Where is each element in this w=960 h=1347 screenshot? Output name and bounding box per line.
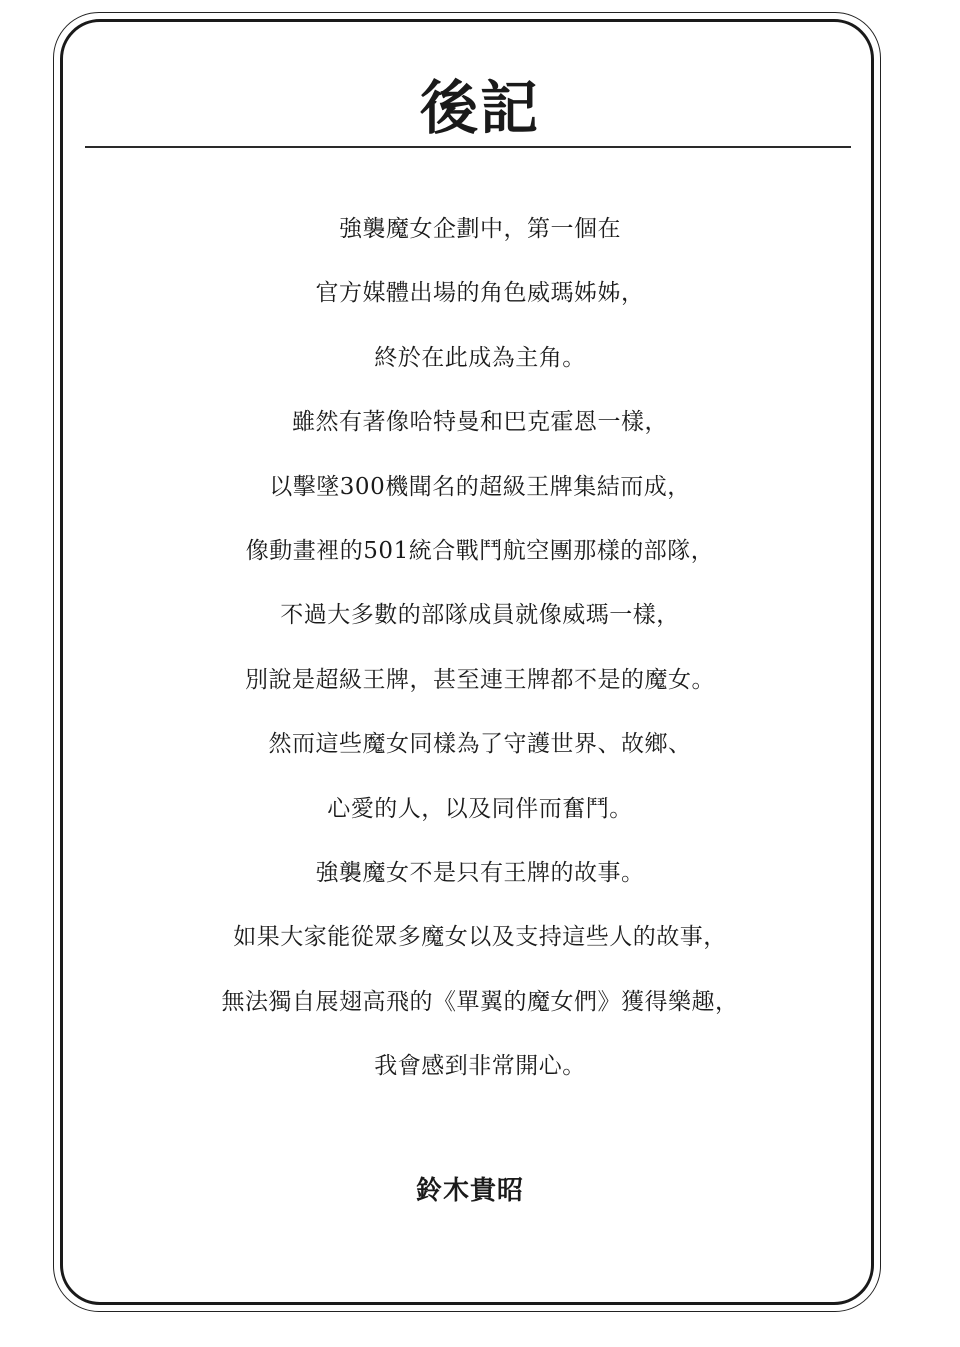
body-line: 別說是超級王牌，甚至連王牌都不是的魔女。 — [0, 659, 960, 723]
body-line: 無法獨自展翅高飛的《單翼的魔女們》獲得樂趣， — [0, 981, 960, 1045]
title-divider — [85, 146, 851, 148]
body-line: 像動畫裡的501統合戰鬥航空團那樣的部隊， — [0, 530, 960, 594]
body-line: 如果大家能從眾多魔女以及支持這些人的故事， — [0, 916, 960, 980]
body-line: 強襲魔女不是只有王牌的故事。 — [0, 852, 960, 916]
body-line: 心愛的人，以及同伴而奮鬥。 — [0, 788, 960, 852]
body-line: 然而這些魔女同樣為了守護世界、故鄉、 — [0, 723, 960, 787]
page-title: 後記 — [0, 70, 960, 146]
body-line: 以擊墜300機聞名的超級王牌集結而成， — [0, 466, 960, 530]
body-line: 雖然有著像哈特曼和巴克霍恩一樣， — [0, 401, 960, 465]
body-line: 官方媒體出場的角色威瑪姊姊， — [0, 272, 960, 336]
body-line: 不過大多數的部隊成員就像威瑪一樣， — [0, 594, 960, 658]
body-line: 終於在此成為主角。 — [0, 337, 960, 401]
author-signature: 鈴木貴昭 — [0, 1170, 940, 1207]
afterword-body: 強襲魔女企劃中，第一個在 官方媒體出場的角色威瑪姊姊， 終於在此成為主角。 雖然… — [0, 208, 960, 1109]
body-line: 我會感到非常開心。 — [0, 1045, 960, 1109]
body-line: 強襲魔女企劃中，第一個在 — [0, 208, 960, 272]
